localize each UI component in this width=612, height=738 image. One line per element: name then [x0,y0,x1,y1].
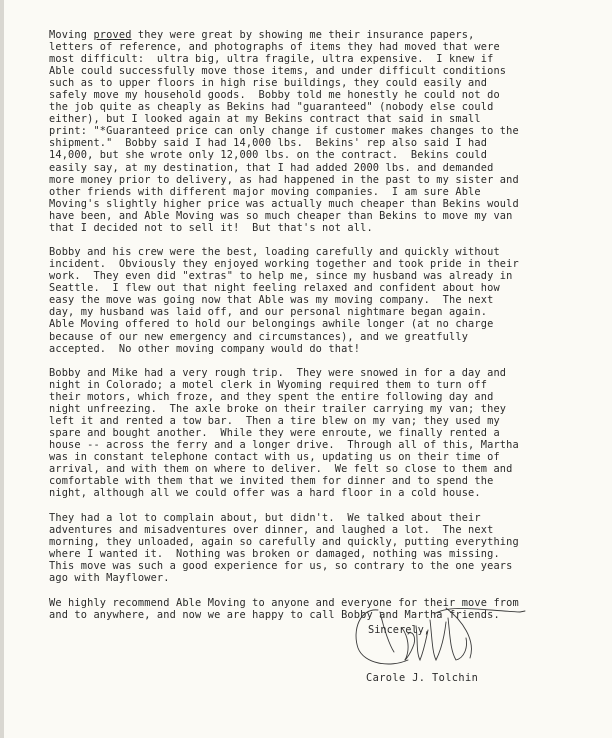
text-line: because of our new emergency and circums… [49,331,609,343]
closing-salutation: Sincerely, [368,624,430,636]
text-line: night in Colorado; a motel clerk in Wyom… [49,379,609,391]
text-line: morning, they unloaded, again so careful… [49,536,609,548]
text-line: spare and bought another. While they wer… [49,427,609,439]
text-line: Able could successfully move those items… [49,65,609,77]
text-line: Bobby and Mike had a very rough trip. Th… [49,367,609,379]
text-line: night unfreezing. The axle broke on thei… [49,403,609,415]
text-line: house -- across the ferry and a longer d… [49,439,609,451]
text-line: day, my husband was laid off, and our pe… [49,306,609,318]
letter-body: Moving proved they were great by showing… [49,29,609,621]
text-line: accepted. No other moving company would … [49,343,609,355]
text-line: This move was such a good experience for… [49,560,609,572]
text-line: ago with Mayflower. [49,572,609,584]
text-line: such as to upper floors in high rise bui… [49,77,609,89]
text-line: most difficult: ultra big, ultra fragile… [49,53,609,65]
signature-name: Carole J. Tolchin [366,672,478,684]
text-line: where I wanted it. Nothing was broken or… [49,548,609,560]
paragraph-gap [49,355,609,367]
text-line: work. They even did "extras" to help me,… [49,270,609,282]
text-line: that I decided not to sell it! But that'… [49,222,609,234]
text-line: night, although all we could offer was a… [49,487,609,499]
text-segment: they were great by showing me their insu… [132,29,475,41]
text-line: comfortable with them that we invited th… [49,475,609,487]
text-line: have been, and Able Moving was so much c… [49,210,609,222]
text-line: was in constant telephone contact with u… [49,451,609,463]
page-edge [0,0,4,738]
text-line: shipment." Bobby said I had 14,000 lbs. … [49,137,609,149]
text-line: more money prior to delivery, as had hap… [49,174,609,186]
text-line: Bobby and his crew were the best, loadin… [49,246,609,258]
text-line: either), but I looked again at my Bekins… [49,113,609,125]
handwritten-signature-icon [350,600,550,680]
paragraph-gap [49,584,609,596]
paragraph: Bobby and his crew were the best, loadin… [49,246,609,354]
text-line: the job quite as cheaply as Bekins had "… [49,101,609,113]
paragraph: Bobby and Mike had a very rough trip. Th… [49,367,609,500]
text-line: They had a lot to complain about, but di… [49,512,609,524]
text-line: left it and rented a tow bar. Then a tir… [49,415,609,427]
paragraph-gap [49,500,609,512]
text-line: arrival, and with them on where to deliv… [49,463,609,475]
text-line: letters of reference, and photographs of… [49,41,609,53]
text-line: Seattle. I flew out that night feeling r… [49,282,609,294]
text-line: Moving's slightly higher price was actua… [49,198,609,210]
paragraph-gap [49,234,609,246]
text-line: easy the move was going now that Able wa… [49,294,609,306]
paragraph: They had a lot to complain about, but di… [49,512,609,584]
text-segment: Moving [49,29,93,41]
text-line: Moving proved they were great by showing… [49,29,609,41]
paragraph: Moving proved they were great by showing… [49,29,609,234]
text-line: adventures and misadventures over dinner… [49,524,609,536]
text-line: other friends with different major movin… [49,186,609,198]
text-line: incident. Obviously they enjoyed working… [49,258,609,270]
underlined-word: proved [93,29,131,41]
text-line: safely move my household goods. Bobby to… [49,89,609,101]
text-line: Able Moving offered to hold our belongin… [49,318,609,330]
text-line: print: "*Guaranteed price can only chang… [49,125,609,137]
text-line: easily say, at my destination, that I ha… [49,162,609,174]
text-line: 14,000, but she wrote only 12,000 lbs. o… [49,149,609,161]
text-line: their motors, which froze, and they spen… [49,391,609,403]
